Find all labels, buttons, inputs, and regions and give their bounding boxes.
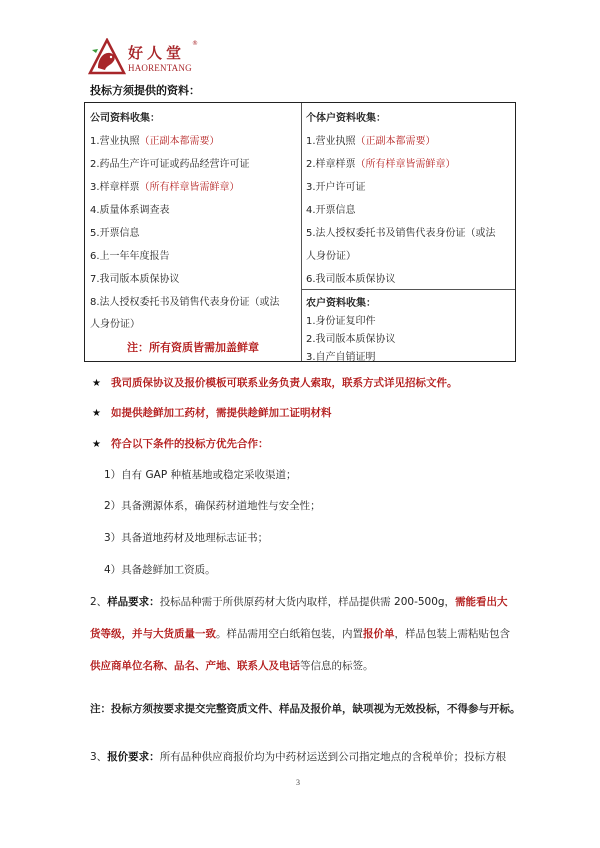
- individual-title: 个体户资料收集：: [306, 109, 386, 124]
- condition-item: 4）具备趁鲜加工资质。: [104, 562, 216, 577]
- company-item: 3.样章样票（所有样章皆需鲜章）: [90, 178, 240, 193]
- farmer-item: 3.自产自销证明: [306, 348, 376, 363]
- company-title: 公司资料收集：: [90, 109, 160, 124]
- company-item: 人身份证）: [90, 315, 140, 330]
- registered-mark: ®: [192, 40, 198, 47]
- page-number: 3: [296, 778, 300, 787]
- company-item: 4.质量体系调查表: [90, 201, 170, 216]
- company-item: 6.上一年年度报告: [90, 247, 170, 262]
- individual-item: 2.样章样票（所有样章皆需鲜章）: [306, 155, 456, 170]
- star-icon: ★: [92, 378, 101, 389]
- bird-logo-icon: [88, 38, 126, 76]
- individual-column: 个体户资料收集： 1.营业执照（正副本都需要） 2.样章样票（所有样章皆需鲜章）…: [301, 103, 515, 361]
- materials-table: 公司资料收集： 1.营业执照（正副本都需要） 2.药品生产许可证或药品经营许可证…: [84, 102, 516, 362]
- company-item: 8.法人授权委托书及销售代表身份证（或法: [90, 293, 280, 308]
- star-note: ★我司质保协议及报价模板可联系业务负责人索取，联系方式详见招标文件。: [92, 375, 457, 390]
- sample-requirement-line: 货等级，并与大货质量一致。样品需用空白纸箱包装，内置报价单，样品包装上需粘贴包含: [90, 626, 510, 641]
- individual-item: 3.开户许可证: [306, 178, 366, 193]
- logo-english-name: HAORENTANG: [128, 63, 192, 73]
- bid-notice: 注：投标方须按要求提交完整资质文件、样品及报价单，缺项视为无效投标，不得参与开标…: [90, 701, 521, 716]
- condition-item: 1）自有 GAP 种植基地或稳定采收渠道；: [104, 467, 297, 482]
- farmer-title: 农户资料收集：: [306, 294, 376, 309]
- quote-requirement-line: 3、报价要求：所有品种供应商报价均为中药材运送到公司指定地点的含税单价；投标方根: [90, 749, 506, 764]
- company-item: 7.我司版本质保协议: [90, 270, 180, 285]
- farmer-item: 1.身份证复印件: [306, 312, 376, 327]
- star-note: ★如提供趁鲜加工药材，需提供趁鲜加工证明材料: [92, 405, 331, 420]
- company-column: 公司资料收集： 1.营业执照（正副本都需要） 2.药品生产许可证或药品经营许可证…: [85, 103, 302, 361]
- logo-chinese-name: 好人堂: [128, 42, 185, 63]
- sample-requirement-line: 供应商单位名称、品名、产地、联系人及电话等信息的标签。: [90, 658, 374, 673]
- star-icon: ★: [92, 439, 101, 450]
- company-item: 1.营业执照（正副本都需要）: [90, 132, 220, 147]
- individual-item: 人身份证）: [306, 247, 356, 262]
- farmer-item: 2.我司版本质保协议: [306, 330, 396, 345]
- individual-item: 4.开票信息: [306, 201, 356, 216]
- condition-item: 3）具备道地药材及地理标志证书；: [104, 530, 268, 545]
- star-icon: ★: [92, 408, 101, 419]
- company-item: 2.药品生产许可证或药品经营许可证: [90, 155, 250, 170]
- condition-item: 2）具备溯源体系，确保药材道地性与安全性；: [104, 498, 321, 513]
- individual-item: 5.法人授权委托书及销售代表身份证（或法: [306, 224, 496, 239]
- individual-item: 1.营业执照（正副本都需要）: [306, 132, 436, 147]
- company-item: 5.开票信息: [90, 224, 140, 239]
- individual-item: 6.我司版本质保协议: [306, 270, 396, 285]
- star-note: ★符合以下条件的投标方优先合作：: [92, 436, 268, 451]
- company-footnote: 注：所有资质皆需加盖鲜章: [85, 339, 301, 355]
- farmer-divider: [301, 289, 515, 290]
- sample-requirement-line: 2、样品要求：投标品种需于所供原药材大货内取样，样品提供需 200-500g，需…: [90, 594, 508, 609]
- section-heading: 投标方须提供的资料：: [90, 82, 200, 98]
- company-logo: 好人堂 ® HAORENTANG: [88, 38, 228, 78]
